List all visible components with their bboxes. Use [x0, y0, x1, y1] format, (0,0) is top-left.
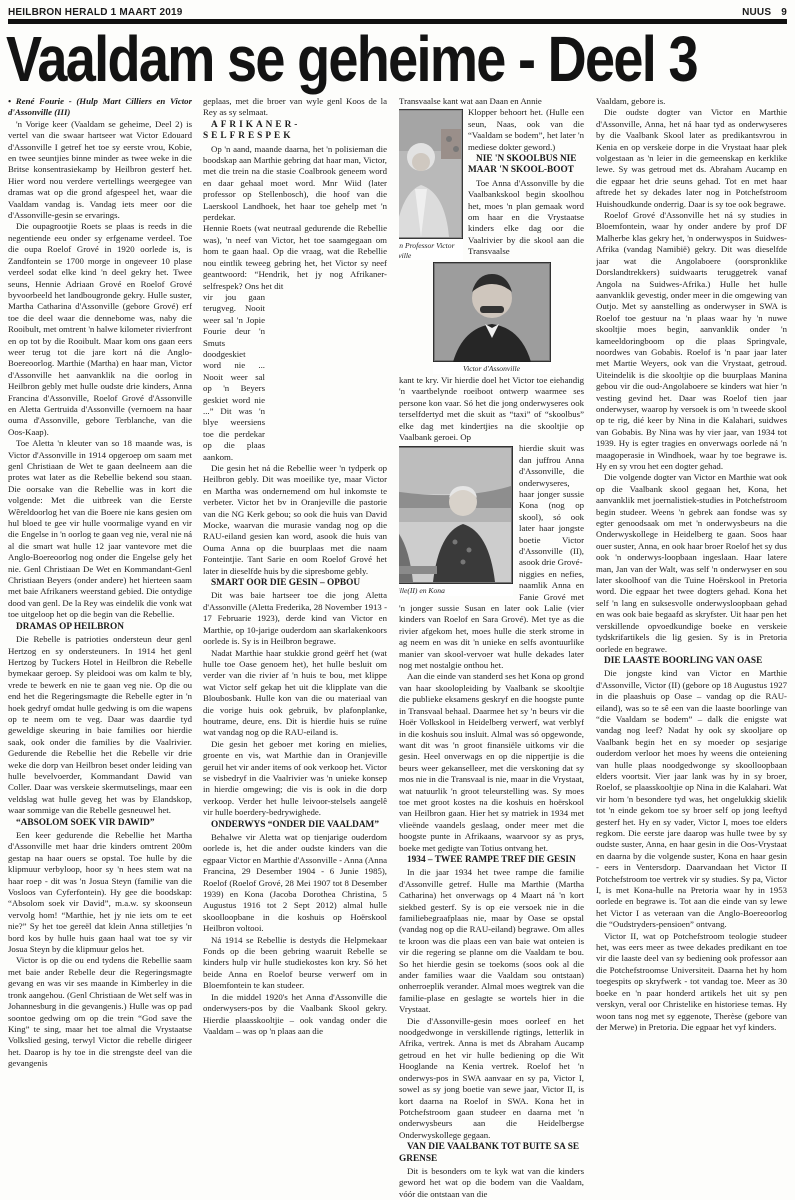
paragraph-continuation: Transvaalse kant wat aan Daan en Annie	[399, 96, 584, 107]
paragraph: Die gesin het geboer met koring en mieli…	[203, 739, 387, 819]
subheading-van-die-vaalbank: VAN DIE VAALBANK TOT BUITE SA SE GRENSE	[399, 1142, 584, 1165]
subheading-absolom-soek-vir-dawid: “ABSOLOM SOEK VIR DAWID”	[8, 818, 192, 829]
paragraph: Dit was baie hartseer toe die jong Alett…	[203, 590, 387, 647]
paragraph: Dit is besonders om te kyk wat van die k…	[399, 1166, 584, 1200]
subheading-onderwys-onder-die-vaaldam: ONDERWYS “ONDER DIE VAALDAM”	[203, 820, 387, 831]
paragraph: kant te kry. Vir hierdie doel het Victor…	[399, 375, 584, 443]
paragraph-continuation: geplaas, met die broer van wyle genl Koo…	[203, 96, 387, 119]
paragraph: 'n Vorige keer (Vaaldam se geheime, Deel…	[8, 119, 192, 222]
paragraph: Die d'Assonville-gesin moes oorleef en h…	[399, 1016, 584, 1141]
paragraph: Die oupagrootjie Roets se plaas is reeds…	[8, 221, 192, 438]
paragraph: Een keer gedurende die Rebellie het Mart…	[8, 830, 192, 955]
paragraph: Victor II, wat op Potchefstroom teologie…	[596, 931, 787, 1034]
photo-therese-and-victor: Therèse d'Assonville en Professor Victor…	[399, 109, 463, 260]
photo-three-people: Thérèse d'Assonville, Prof. Victor d'Ass…	[399, 446, 513, 596]
subheading-smart-oor-die-gesin: SMART OOR DIE GESIN – OPBOU	[203, 578, 387, 589]
subheading-1934-twee-rampe: 1934 – TWEE RAMPE TREF DIE GESIN	[399, 855, 584, 866]
column-3: Transvaalse kant wat aan Daan en Annie T…	[399, 96, 584, 1200]
photo-victor-portrait: Victor d'Assonville	[433, 262, 551, 374]
column-2: geplaas, met die broer van wyle genl Koo…	[203, 96, 387, 1200]
masthead: HEILBRON HERALD 1 MAART 2019 NUUS9	[8, 4, 787, 18]
paragraph: Die jongste kind van Victor en Marthie d…	[596, 668, 787, 930]
paragraph-narrow: vir jou gaan terugveg. Nooit weer sal 'n…	[203, 292, 265, 463]
photo-caption-three-people: Thérèse d'Assonville, Prof. Victor d'Ass…	[399, 586, 513, 596]
photo-three-people-image	[399, 446, 513, 584]
photo-caption-victor: Victor d'Assonville	[433, 364, 551, 374]
paragraph: Die oudste dogter van Victor en Marthie …	[596, 107, 787, 210]
paragraph: Op 'n aand, maande daarna, het 'n polisi…	[203, 144, 387, 224]
photo-caption-therese-victor: Therèse d'Assonville en Professor Victor…	[399, 241, 463, 260]
paragraph: Nadat Marthie haar stukkie grond geërf h…	[203, 648, 387, 739]
masthead-title-date: HEILBRON HERALD 1 MAART 2019	[8, 7, 183, 18]
paragraph: Roelof Grové d'Assonville het ná sy stud…	[596, 210, 787, 472]
column-4: Vaaldam, gebore is. Die oudste dogter va…	[596, 96, 787, 1200]
paragraph: Ná 1914 se Rebellie is destyds die Helpm…	[203, 935, 387, 992]
photo-victor-portrait-image	[433, 262, 551, 362]
paragraph: In die jaar 1934 het twee rampe die fami…	[399, 867, 584, 1015]
subheading-afrikaner-selfrespek: AFRIKANER-SELFRESPEK	[203, 120, 323, 143]
paragraph: Die volgende dogter van Victor en Marthi…	[596, 472, 787, 655]
subheading-dramas-op-heilbron: DRAMAS OP HEILBRON	[8, 622, 192, 633]
paragraph: Victor is op die ou end tydens die Rebel…	[8, 955, 192, 1069]
column-1: • René Fourie - (Hulp Mart Cilliers en V…	[8, 96, 192, 1200]
subheading-die-laaste-boorling: DIE LAASTE BOORLING VAN OASE	[596, 656, 787, 667]
paragraph: Hennie Roets (wat neutraal gedurende die…	[203, 223, 387, 291]
section-label: NUUS	[742, 7, 771, 18]
page-number: 9	[781, 7, 787, 18]
newspaper-page: { "masthead": { "left": "HEILBRON HERALD…	[0, 0, 795, 1200]
paragraph: Die gesin het ná die Rebellie weer 'n ty…	[203, 463, 387, 577]
paragraph-continuation: Vaaldam, gebore is.	[596, 96, 787, 107]
paragraph: In die middel 1920's het Anna d'Assonvil…	[203, 992, 387, 1038]
paragraph: Toe Aletta 'n kleuter van so 18 maande w…	[8, 438, 192, 621]
paragraph: Die Rebelle is patrioties ondersteun deu…	[8, 634, 192, 817]
paragraph: Aan die einde van standerd ses het Kona …	[399, 671, 584, 854]
byline: • René Fourie - (Hulp Mart Cilliers en V…	[8, 96, 192, 119]
photo-therese-and-victor-image	[399, 109, 463, 239]
paragraph: Behalwe vir Aletta wat op tienjarige oud…	[203, 832, 387, 935]
article-headline: Vaaldam se geheime - Deel 3	[6, 22, 673, 92]
masthead-section: NUUS9	[742, 7, 787, 18]
